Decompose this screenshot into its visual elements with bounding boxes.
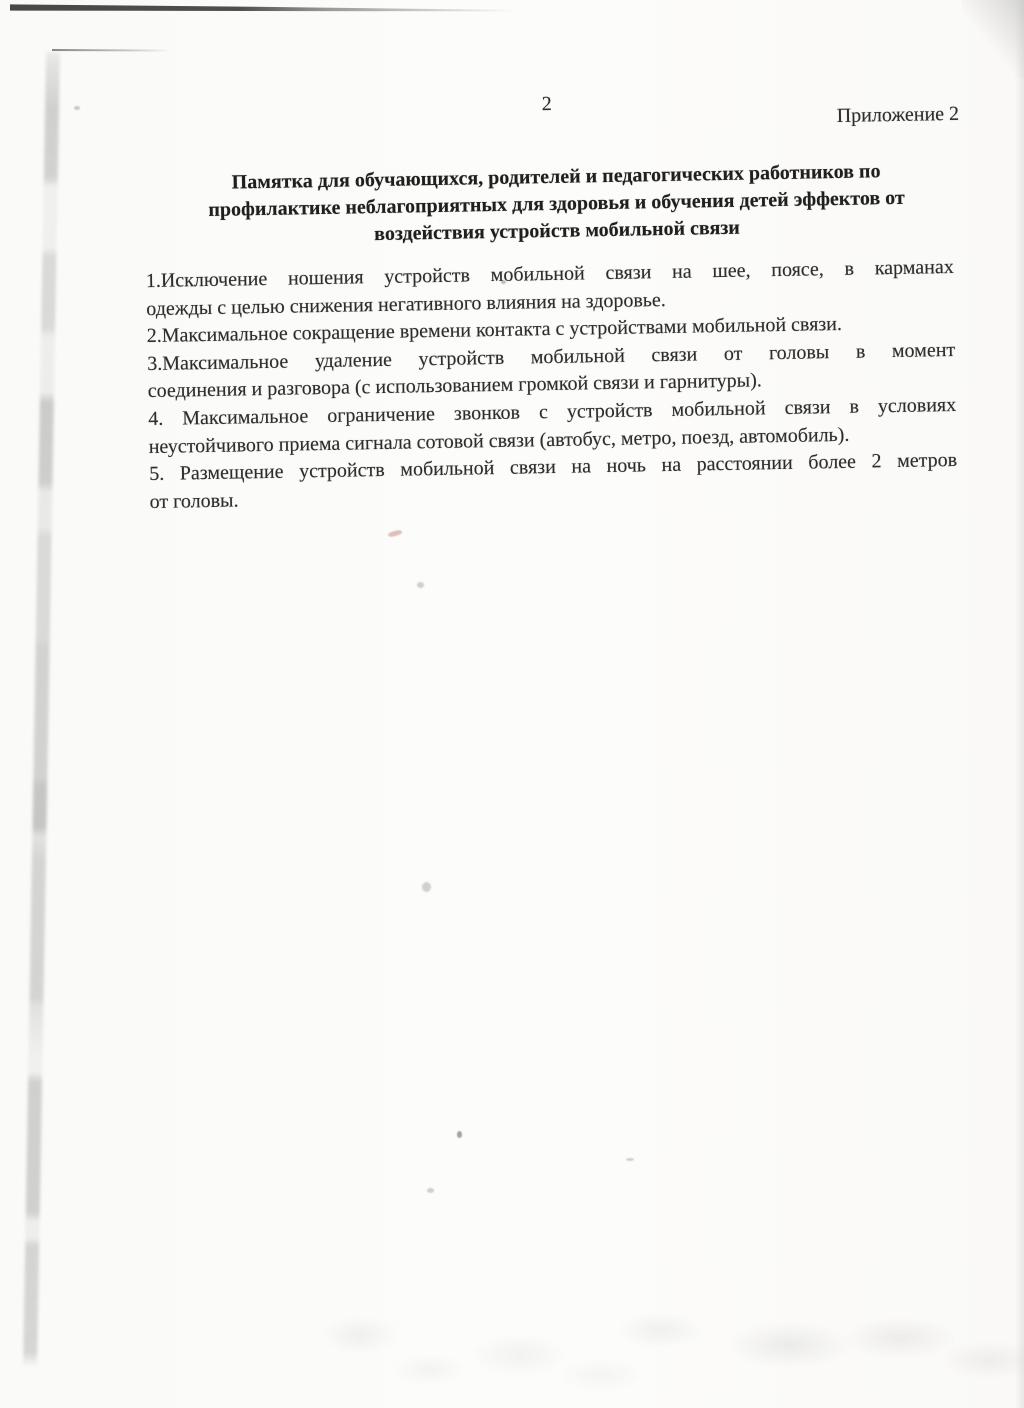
document-title: Памятка для обучающихся, родителей и пед… (150, 157, 963, 252)
memo-list: 1.Исключение ношения устройств мобильной… (146, 254, 958, 516)
document-content: 2 Приложение 2 Памятка для обучающихся, … (0, 0, 1024, 1408)
scanned-document-page: 2 Приложение 2 Памятка для обучающихся, … (0, 0, 1024, 1408)
